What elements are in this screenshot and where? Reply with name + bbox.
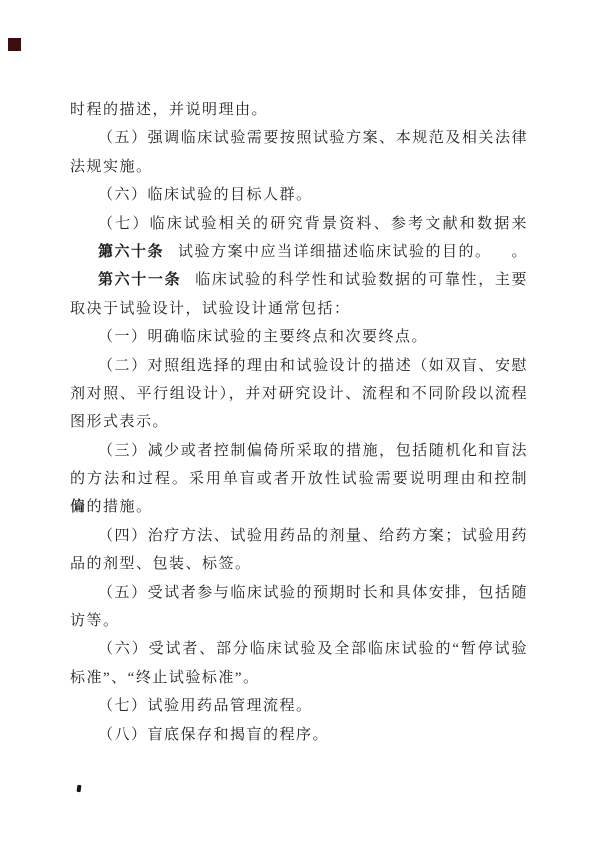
document-page: 时程的描述，并说明理由。（五）强调临床试验需要按照试验方案、本规范及相关法律法规… [0, 0, 595, 841]
article-number: 第六十条 [98, 244, 164, 260]
text-line: （五）强调临床试验需要按照试验方案、本规范及相关法律 [70, 124, 528, 152]
text-line: （五）受试者参与临床试验的预期时长和具体安排，包括随 [70, 579, 528, 607]
text-line: 法规实施。 [70, 153, 528, 181]
text-line: （二）对照组选择的理由和试验设计的描述（如双盲、安慰 [70, 352, 528, 380]
text-line: 品的剂型、包装、标签。 [70, 550, 528, 578]
text-line: 时程的描述，并说明理由。 [70, 96, 528, 124]
text-line: （七）临床试验相关的研究背景资料、参考文献和数据来源。 [70, 210, 528, 238]
text-line: （六）受试者、部分临床试验及全部临床试验的“暂停试验 [70, 635, 528, 663]
text-line: 第六十条试验方案中应当详细描述临床试验的目的。 [70, 238, 528, 266]
text-line: （三）减少或者控制偏倚所采取的措施，包括随机化和盲法 [70, 437, 528, 465]
text-line: （一）明确临床试验的主要终点和次要终点。 [70, 323, 528, 351]
text-line: （七）试验用药品管理流程。 [70, 692, 528, 720]
text-line: （六）临床试验的目标人群。 [70, 181, 528, 209]
document-text-block: 时程的描述，并说明理由。（五）强调临床试验需要按照试验方案、本规范及相关法律法规… [70, 96, 528, 749]
scan-artifact-square [8, 38, 21, 51]
article-number: 第六十一条 [98, 272, 181, 288]
text-line: 的方法和过程。采用单盲或者开放性试验需要说明理由和控制偏 [70, 465, 528, 493]
text-line: 标准”、“终止试验标准”。 [70, 664, 528, 692]
text-line: （八）盲底保存和揭盲的程序。 [70, 721, 528, 749]
text-line: 第六十一条临床试验的科学性和试验数据的可靠性，主要 [70, 266, 528, 294]
document-lines: 时程的描述，并说明理由。（五）强调临床试验需要按照试验方案、本规范及相关法律法规… [70, 96, 528, 749]
scan-artifact-speck [77, 785, 82, 792]
text-line: 取决于试验设计，试验设计通常包括： [70, 295, 528, 323]
text-line: 倚的措施。 [70, 493, 528, 521]
text-line: 图形式表示。 [70, 408, 528, 436]
text-line: 剂对照、平行组设计），并对研究设计、流程和不同阶段以流程 [70, 380, 528, 408]
text-line: （四）治疗方法、试验用药品的剂量、给药方案；试验用药 [70, 522, 528, 550]
text-line: 访等。 [70, 607, 528, 635]
